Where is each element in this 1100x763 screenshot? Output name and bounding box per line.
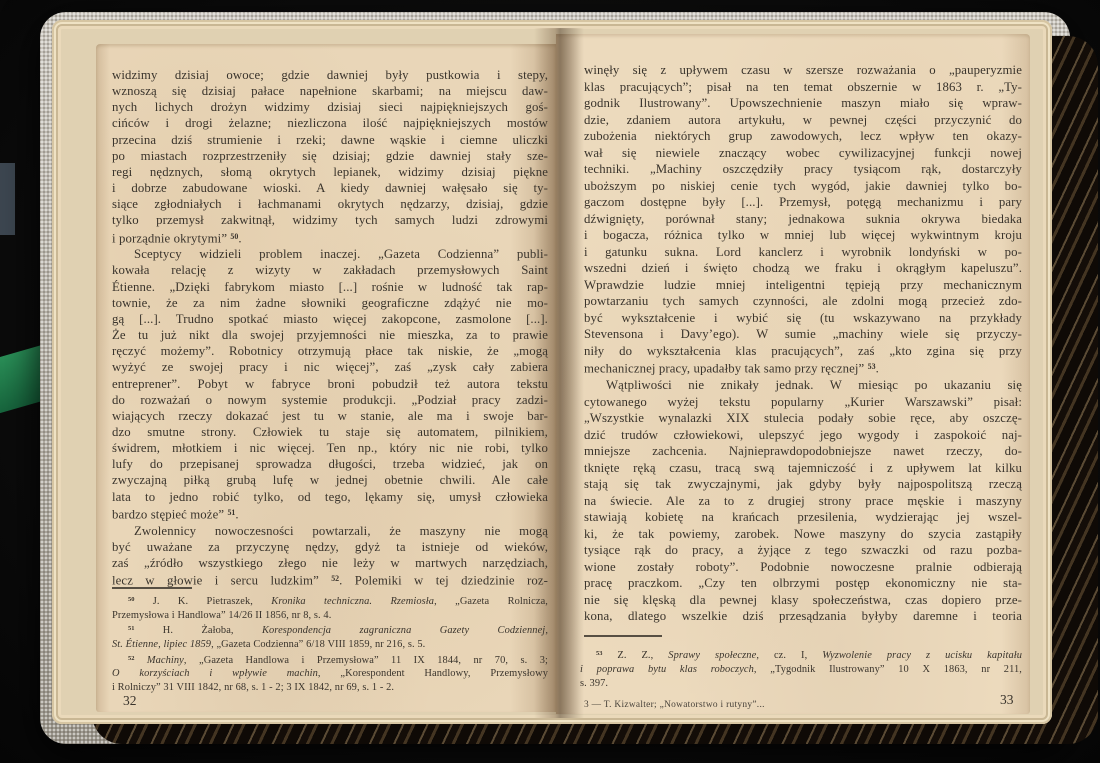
text-line: 51 H. Żałoba, Korespondencja zagraniczna… (112, 622, 548, 638)
text-line: mniejsze zachcenia. Najnieprawdopodobnie… (584, 443, 1022, 460)
text-line: „Wszystkie wynalazki XIX stulecia podały… (584, 410, 1022, 427)
text-line: wszedni dzień i święto chodzą we fraku i… (584, 260, 1022, 277)
text-line: zwyczajną piłką grubą lufę w jednej obet… (112, 472, 548, 488)
text-line: dźwignięty, porównał stany; jednakowa su… (584, 211, 1022, 228)
text-line: Przemysłowa i Handlowa” 14/26 II 1856, n… (112, 609, 548, 623)
text-line: O korzyściach i wpływie machin, „Korespo… (112, 667, 548, 681)
text-line: klas pracujących”; pisał na ten temat ob… (584, 79, 1022, 96)
text-line: winęły się z upływem czasu w szersze roz… (584, 62, 1022, 79)
text-line: townie, że za nim żadne słowniki geograf… (112, 295, 548, 311)
text-line: i porządnie okrytymi” 50. (112, 229, 548, 247)
text-line: lata to jedno robić tylko, od tego, lęka… (112, 489, 548, 505)
text-line: Zwolennicy nowoczesności powtarzali, że … (112, 523, 548, 539)
text-line: kona, dlatego wszelkie dziś przesądzania… (584, 608, 1022, 625)
photo-background: widzimy dzisiaj owoce; gdzie dawniej był… (0, 0, 1100, 763)
text-line: na świecie. Ale za to z drugiej strony p… (584, 493, 1022, 510)
text-line: ręczyć możemy”. Robotnicy otrzymują płac… (112, 343, 548, 359)
text-line: wione zostały roboty”. Podobnie nowoczes… (584, 559, 1022, 576)
blue-grey-accent (0, 163, 15, 235)
text-line: świdrem, młotkiem i nic więcej. Ten np.,… (112, 440, 548, 456)
text-line: cytowanego wyżej tekstu popularny „Kurie… (584, 394, 1022, 411)
text-line: wyżyć ze swojej pracy i nic więcej”, zaś… (112, 359, 548, 375)
text-line: pracę praczkom. „Czy ten olbrzymi postęp… (584, 575, 1022, 592)
text-line: tylko przemysł zakwitnął, widzimy tych s… (112, 212, 548, 228)
text-line: stają się tak zwyczajnymi, jak gdyby był… (584, 476, 1022, 493)
text-line: cińców i drogi żelazne; niezliczona iloś… (112, 115, 548, 131)
text-line: dzie, zdaniem autora artykułu, w pewnej … (584, 112, 1022, 129)
text-line: wznoszą się dzisiaj pałace napełnione sk… (112, 83, 548, 99)
text-line: mechanicznej pracy, upadałby tak samo pr… (584, 359, 1022, 377)
text-line: niły do wykształcenia klas pracujących”,… (584, 343, 1022, 360)
footnote-separator-left (112, 587, 192, 589)
text-line: regi nędznych, słomą okrytych lepianek, … (112, 164, 548, 180)
text-line: dzić trudów człowiekowi, ulepszyć jego w… (584, 427, 1022, 444)
text-line: nych lichych drożyn widzimy dzisiaj siec… (112, 99, 548, 115)
text-line: i poprawa bytu klas roboczych, „Tygodnik… (580, 663, 1022, 677)
right-page-footnotes: 53 Z. Z., Sprawy społeczne, cz. I, Wyzwo… (580, 647, 1022, 691)
text-line: po miastach rozprzestrzeniły się dzisiaj… (112, 148, 548, 164)
text-line: dzo smutne strony. Człowiek tu staje się… (112, 424, 548, 440)
text-line: powtarzaniu tych samych czynności, ale z… (584, 293, 1022, 310)
text-line: stawiają kobietę na krańcach przesilenia… (584, 509, 1022, 526)
text-line: i gatunku sukna. Lord kanclerz i wyrobni… (584, 244, 1022, 261)
text-line: przecina dziś strumienie i rzeki; dawne … (112, 132, 548, 148)
text-line: uboższym po niskiej cenie tych wygód, ja… (584, 178, 1022, 195)
text-line: lufy do przepisanej sprowadza długości, … (112, 456, 548, 472)
text-line: zaś „źródło wszystkiego złego nie leży w… (112, 555, 548, 571)
left-page-number: 32 (123, 693, 137, 709)
text-line: tysiące rąk do pracy, a żyjące z tego sz… (584, 542, 1022, 559)
text-line: gaczom dostępne były [...]. Przemysł, po… (584, 194, 1022, 211)
text-line: i bogacza, różnica tylko w mniej lub wię… (584, 227, 1022, 244)
text-line: St. Étienne, lipiec 1859, „Gazeta Codzie… (112, 638, 548, 652)
text-line: 50 J. K. Pietraszek, Kronika techniczna.… (112, 593, 548, 609)
text-line: entreprener”. Pobyt w fabryce broni pobu… (112, 376, 548, 392)
text-line: Wątpliwości nie znikały jednak. W miesią… (584, 377, 1022, 394)
text-line: gą [...]. Trudno spotkać miasto więcej z… (112, 311, 548, 327)
left-page-footnotes: 50 J. K. Pietraszek, Kronika techniczna.… (112, 593, 548, 695)
text-line: do rozważań o nowym systemie produkcji. … (112, 392, 548, 408)
left-page-text: widzimy dzisiaj owoce; gdzie dawniej był… (112, 67, 548, 589)
text-line: i dobrze zabudowane wioski. A kiedy dawn… (112, 180, 548, 196)
text-line: być uważane za przyczynę nędzy, gdyż ta … (112, 539, 548, 555)
text-line: Stevensona i Davy’ego). W sumie „machiny… (584, 326, 1022, 343)
text-line: 52 Machiny, „Gazeta Handlowa i Przemysło… (112, 652, 548, 668)
text-line: i Rolniczy” 31 VIII 1842, nr 68, s. 1 - … (112, 681, 548, 695)
text-line: Étienne. „Dzięki fabrykom miasto [...] r… (112, 279, 548, 295)
footnote-separator-right (584, 635, 662, 637)
text-line: bardzo stępieć może” 51. (112, 505, 548, 523)
text-line: tknięte ręką czasu, tracą swą tajemniczo… (584, 460, 1022, 477)
text-line: godnik Ilustrowany”. Upowszechnienie mas… (584, 95, 1022, 112)
text-line: 53 Z. Z., Sprawy społeczne, cz. I, Wyzwo… (580, 647, 1022, 663)
text-line: s. 397. (580, 677, 1022, 691)
text-line: zubożenia niektórych grup zawodowych, le… (584, 128, 1022, 145)
text-line: widzimy dzisiaj owoce; gdzie dawniej był… (112, 67, 548, 83)
right-page-text: winęły się z upływem czasu w szersze roz… (584, 62, 1022, 625)
running-signature: 3 — T. Kizwalter; „Nowatorstwo i rutyny”… (584, 700, 765, 710)
text-line: ki, że tak powiemy, zarobek. Nowe maszyn… (584, 526, 1022, 543)
text-line: Sceptycy widzieli problem inaczej. „Gaze… (112, 246, 548, 262)
text-line: techniki. „Machiny oszczędziły pracy tys… (584, 161, 1022, 178)
text-line: Że tu już nikt dla swojej przyjemności n… (112, 327, 548, 343)
text-line: wiających rzeczy dokazać jest tu w stani… (112, 408, 548, 424)
text-line: nie się klęską dla pewnej klasy społecze… (584, 592, 1022, 609)
right-page-number: 33 (1000, 692, 1014, 708)
text-line: kowała relację z wizyty w zakładach prze… (112, 262, 548, 278)
text-line: być wykształcenie i wybić się (tu wskazy… (584, 310, 1022, 327)
text-line: Wprawdzie ludzie mniej inteligentni tępi… (584, 277, 1022, 294)
text-line: wał się niewiele znaczący wobec cywiliza… (584, 145, 1022, 162)
text-line: siące zgłodniałych i łachmanami okrytych… (112, 196, 548, 212)
